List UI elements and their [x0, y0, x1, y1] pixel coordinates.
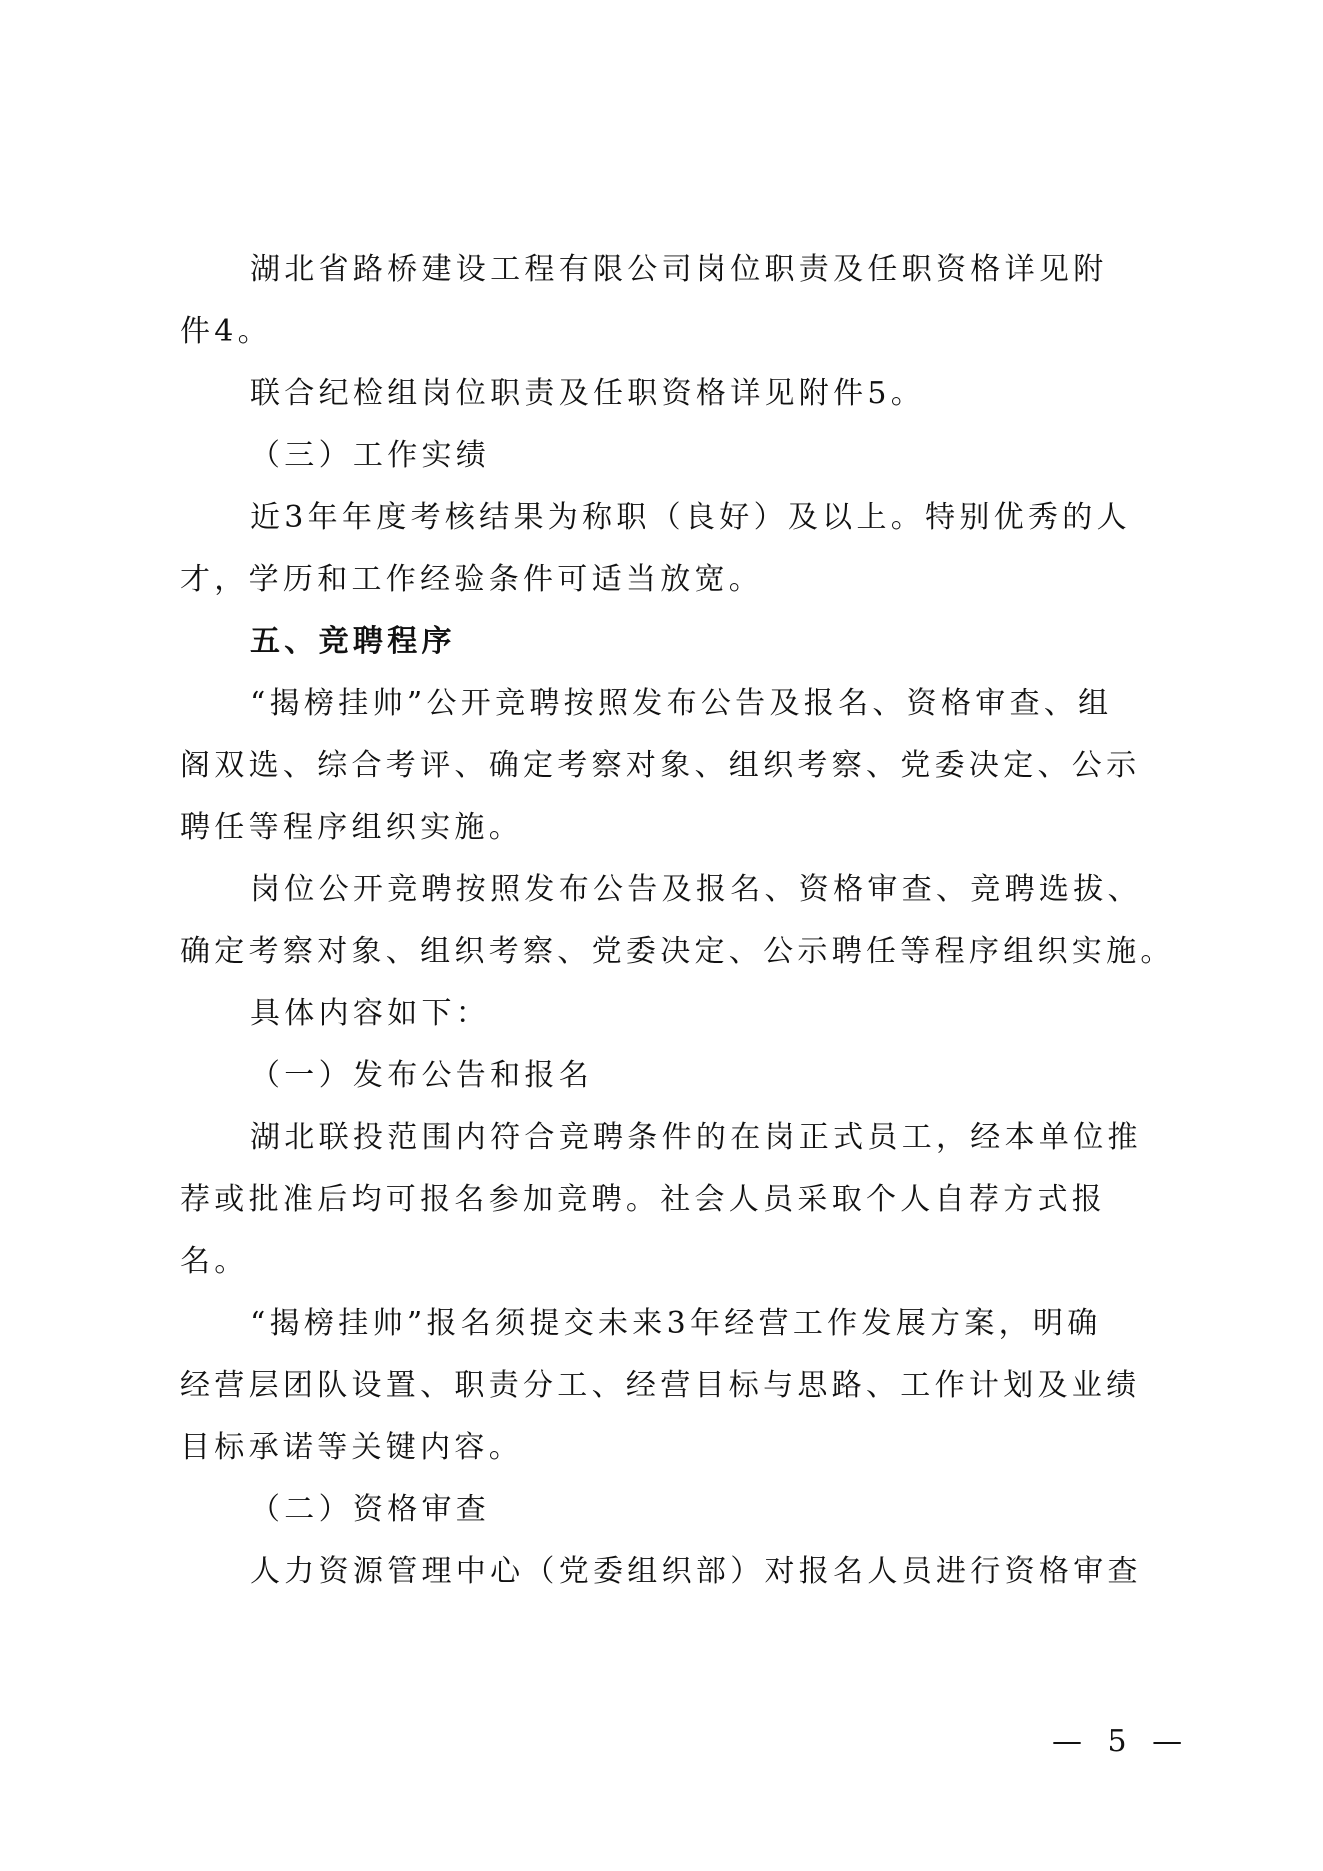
paragraph-line: 湖北联投范围内符合竞聘条件的在岗正式员工，经本单位推: [250, 1118, 1142, 1158]
subsection-heading: （三）工作实绩: [250, 436, 490, 476]
paragraph-line: 联合纪检组岗位职责及任职资格详见附件5。: [250, 374, 925, 414]
paragraph-line: 目标承诺等关键内容。: [180, 1428, 523, 1468]
paragraph-line: 名。: [180, 1242, 249, 1282]
section-heading: 五、竞聘程序: [250, 622, 456, 662]
subsection-heading: （一）发布公告和报名: [250, 1056, 593, 1096]
subsection-heading: （二）资格审查: [250, 1490, 490, 1530]
paragraph-line: 才，学历和工作经验条件可适当放宽。: [180, 560, 763, 600]
paragraph-line: “揭榜挂帅”报名须提交未来3年经营工作发展方案，明确: [250, 1304, 1102, 1344]
paragraph-line: 近3年年度考核结果为称职（良好）及以上。特别优秀的人: [250, 498, 1131, 538]
paragraph-line: 人力资源管理中心（党委组织部）对报名人员进行资格审查: [250, 1552, 1142, 1592]
paragraph-line: 具体内容如下：: [250, 994, 490, 1034]
paragraph-line: 荐或批准后均可报名参加竞聘。社会人员采取个人自荐方式报: [180, 1180, 1106, 1220]
paragraph-line: “揭榜挂帅”公开竞聘按照发布公告及报名、资格审查、组: [250, 684, 1112, 724]
paragraph-line: 阁双选、综合考评、确定考察对象、组织考察、党委决定、公示: [180, 746, 1140, 786]
paragraph-line: 经营层团队设置、职责分工、经营目标与思路、工作计划及业绩: [180, 1366, 1140, 1406]
paragraph-line: 聘任等程序组织实施。: [180, 808, 523, 848]
page-number: — 5 —: [1052, 1722, 1190, 1762]
paragraph-line: 湖北省路桥建设工程有限公司岗位职责及任职资格详见附: [250, 250, 1108, 290]
paragraph-line: 岗位公开竞聘按照发布公告及报名、资格审查、竞聘选拔、: [250, 870, 1142, 910]
paragraph-line: 确定考察对象、组织考察、党委决定、公示聘任等程序组织实施。: [180, 932, 1175, 972]
document-page: 湖北省路桥建设工程有限公司岗位职责及任职资格详见附件4。联合纪检组岗位职责及任职…: [0, 0, 1323, 1871]
paragraph-line: 件4。: [180, 312, 272, 352]
